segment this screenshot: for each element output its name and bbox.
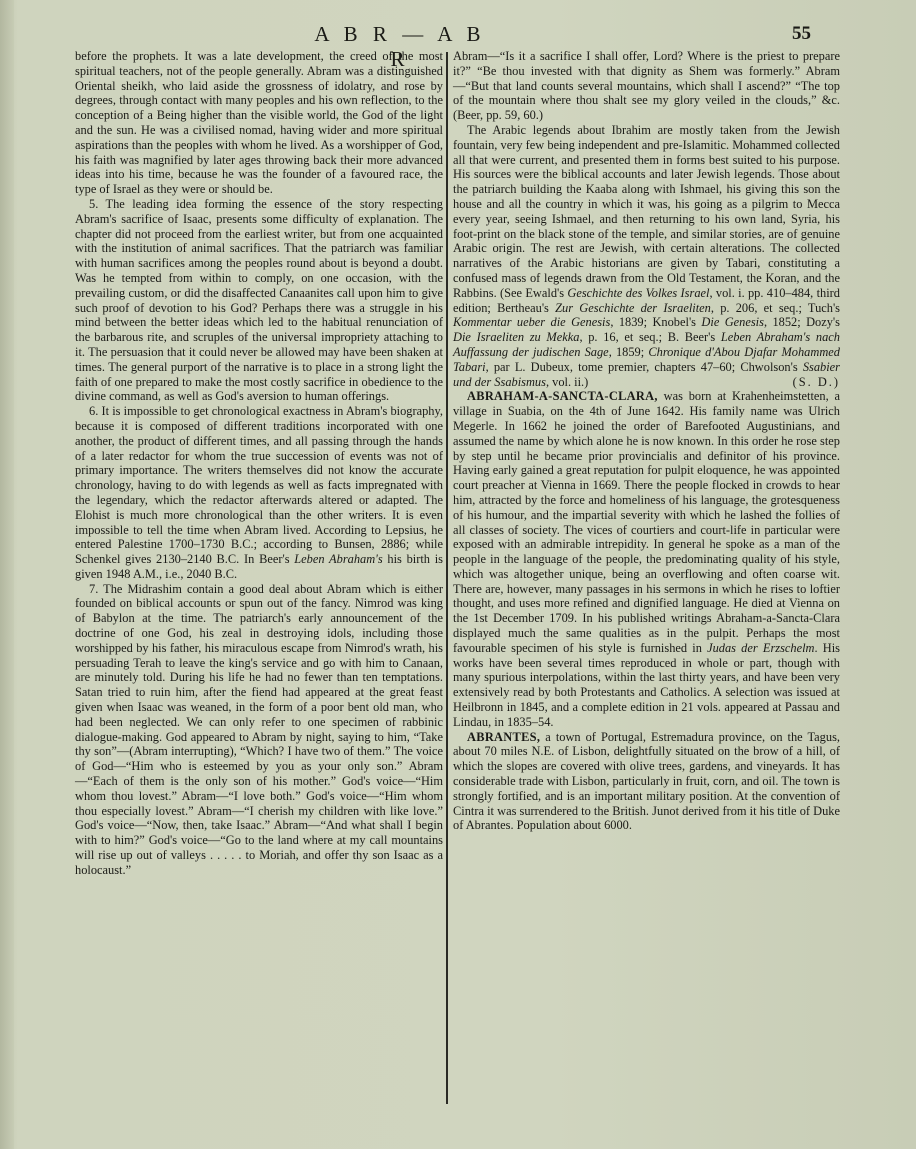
entry-text: a town of Portugal, Estremadura province… [453, 730, 840, 833]
column-divider [446, 52, 448, 1104]
paragraph-6-text: 6. It is impossible to get chronological… [75, 404, 443, 566]
ref-title: Die Israeliten zu Mekka [453, 330, 579, 344]
entry-headword: ABRAHAM-A-SANCTA-CLARA, [467, 389, 658, 403]
ref-text: , p. 16, et seq.; B. Beer's [579, 330, 720, 344]
ref-text: , par L. Dubeux, tome premier, chapters … [486, 360, 803, 374]
ref-text: , 1839; Knobel's [610, 315, 701, 329]
page-edge [0, 0, 14, 1149]
ref-title: Kommentar ueber die Genesis [453, 315, 610, 329]
page-number: 55 [792, 23, 811, 45]
left-column: before the prophets. It was a late devel… [75, 49, 443, 878]
paragraph-continued: before the prophets. It was a late devel… [75, 49, 443, 197]
ref-title: Geschichte des Volkes Israel [567, 286, 709, 300]
author-signature: (S. D.) [779, 375, 840, 390]
ref-text: , 1852; Dozy's [764, 315, 840, 329]
ref-text: , 1859; [609, 345, 649, 359]
entry-abraham-a-sancta-clara: ABRAHAM-A-SANCTA-CLARA, was born at Krah… [453, 389, 840, 729]
right-column: Abram—“Is it a sacrifice I shall offer, … [453, 49, 840, 833]
entry-abrantes: ABRANTES, a town of Portugal, Estremadur… [453, 730, 840, 834]
ref-text: , p. 206, et seq.; Tuch's [711, 301, 840, 315]
ref-text: , vol. ii.) [546, 375, 588, 389]
ref-title: Die Genesis [701, 315, 764, 329]
arabic-legends-paragraph: The Arabic legends about Ibrahim are mos… [453, 123, 840, 389]
book-title: Judas der Erzschelm [707, 641, 814, 655]
arabic-legends-text: The Arabic legends about Ibrahim are mos… [453, 123, 840, 300]
entry-headword: ABRANTES, [467, 730, 540, 744]
dialogue-continued: Abram—“Is it a sacrifice I shall offer, … [453, 49, 840, 123]
book-title: Leben Abraham's [294, 552, 382, 566]
paragraph-7: 7. The Midrashim contain a good deal abo… [75, 582, 443, 878]
paragraph-6: 6. It is impossible to get chronological… [75, 404, 443, 582]
ref-title: Zur Geschichte der Israeliten [555, 301, 711, 315]
entry-text: was born at Krahenheimstetten, a village… [453, 389, 840, 655]
paragraph-5: 5. The leading idea forming the essence … [75, 197, 443, 404]
